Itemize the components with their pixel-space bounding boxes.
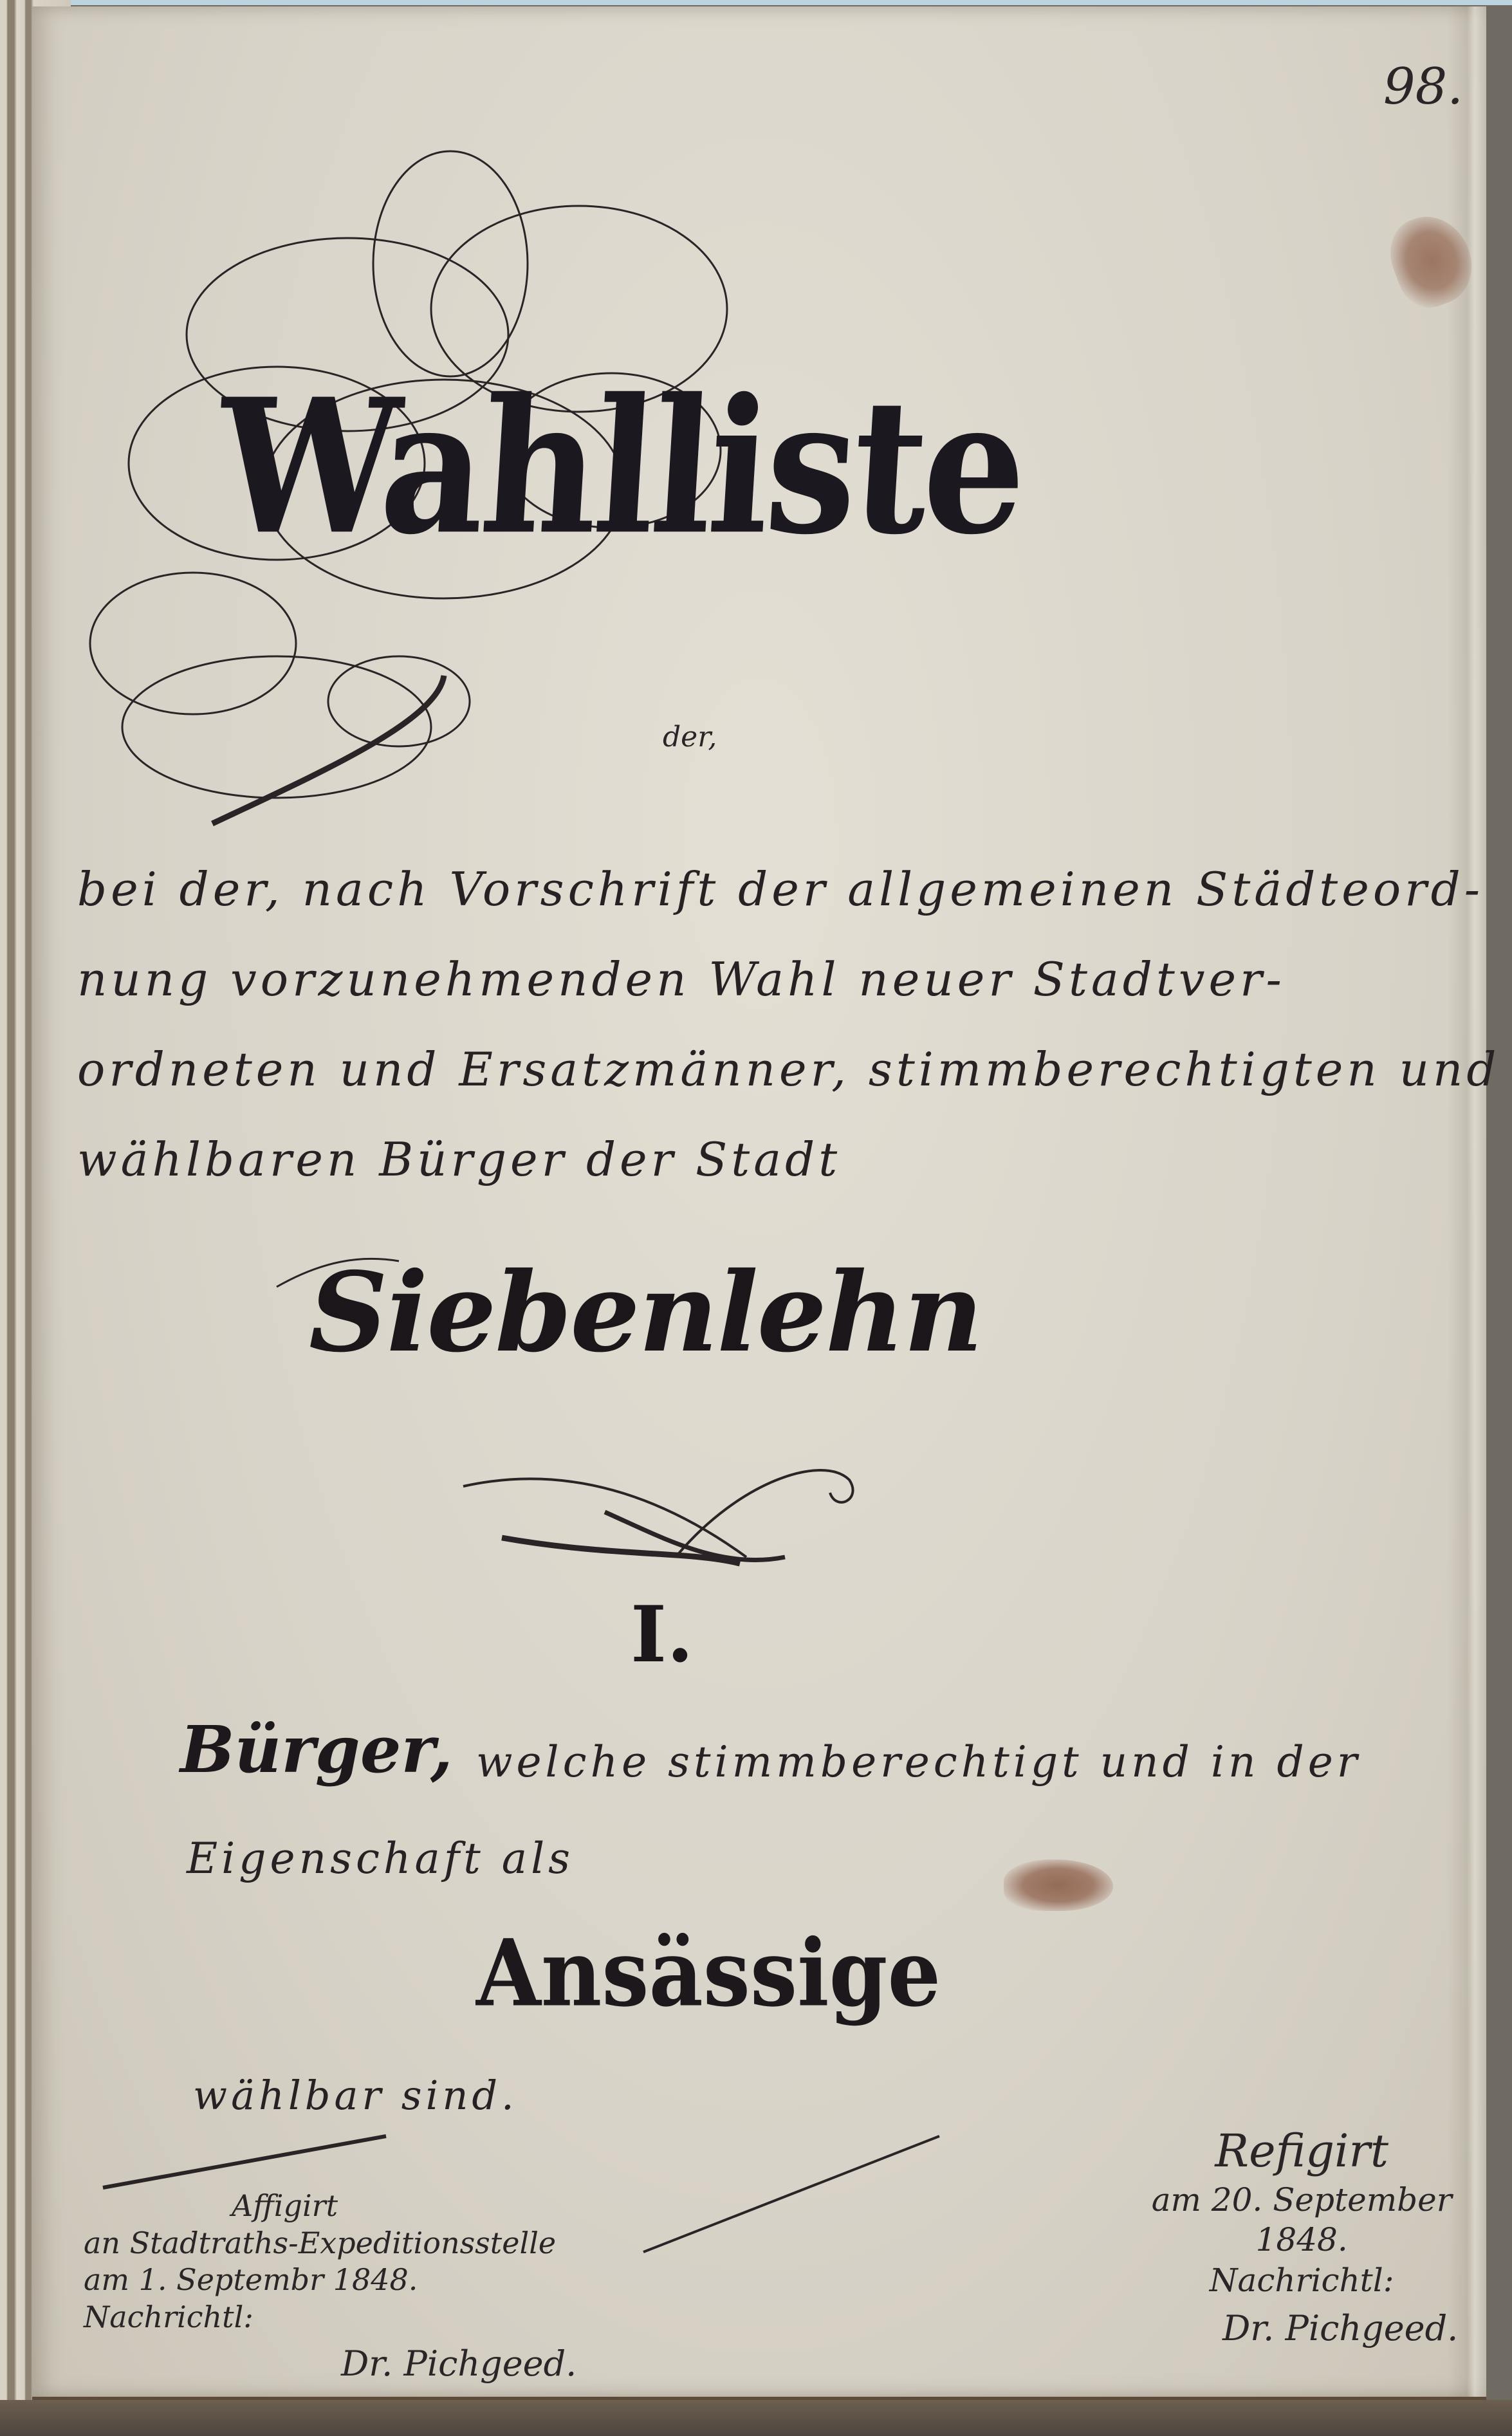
section-line-1: welche stimmberechtigt und in der <box>476 1737 1361 1787</box>
annotation-left-signature: Dr. Pichgeed. <box>84 2342 576 2386</box>
page-bottom-edge <box>0 2400 1512 2436</box>
background-strip <box>0 0 1512 5</box>
annotation-left-line-3: am 1. Septembr 1848. <box>84 2262 576 2299</box>
section-line-3: wählbar sind. <box>193 2072 518 2119</box>
body-line-4: wählbaren Bürger der Stadt <box>77 1132 841 1186</box>
body-line-1: bei der, nach Vorschrift der allgemeinen… <box>77 862 1484 916</box>
document-title: Wahlliste <box>213 374 1028 559</box>
folio-number: 98. <box>1383 58 1463 116</box>
annotation-left-line-1: Affigirt <box>84 2188 576 2225</box>
section-line-2: Eigenschaft als <box>187 1834 574 1883</box>
annotation-affixed: Affigirt an Stadtraths-Expeditionsstelle… <box>84 2188 576 2386</box>
annotation-right-signature: Dr. Pichgeed. <box>1145 2307 1458 2350</box>
annotation-left-line-4: Nachrichtl: <box>84 2299 576 2336</box>
body-line-3: ordneten und Ersatzmänner, stimmberechti… <box>77 1042 1500 1096</box>
annotation-right-line-3: 1848. <box>1145 2220 1458 2260</box>
town-name: Siebenlehn <box>309 1248 982 1377</box>
annotation-removed: Refigirt am 20. September 1848. Nachrich… <box>1145 2123 1458 2350</box>
section-number: I. <box>631 1589 694 1680</box>
annotation-left-line-2: an Stadtraths-Expeditionsstelle <box>84 2225 576 2262</box>
annotation-right-line-2: am 20. September <box>1145 2180 1458 2220</box>
section-lead-word: Bürger, <box>180 1712 453 1787</box>
ink-stain-middle <box>1004 1859 1113 1911</box>
title-connector: der, <box>663 721 717 753</box>
section-category: Ansässige <box>476 1919 941 2027</box>
annotation-right-line-4: Nachrichtl: <box>1145 2260 1458 2301</box>
annotation-right-line-1: Refigirt <box>1145 2123 1458 2180</box>
body-line-2: nung vorzunehmenden Wahl neuer Stadtver- <box>77 952 1286 1006</box>
page-fold-shadow <box>1448 6 1486 2397</box>
